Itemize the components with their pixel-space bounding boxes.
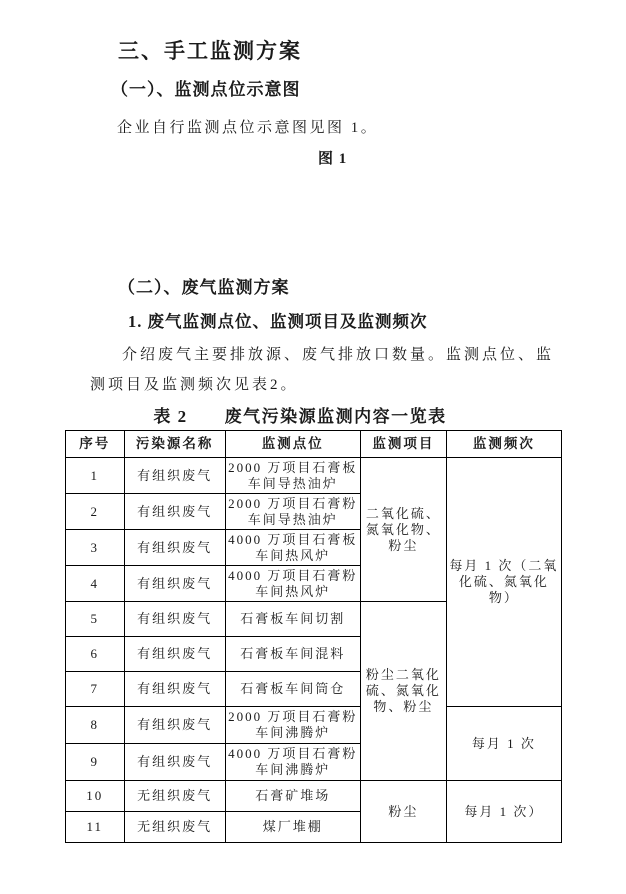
- cell-frequency-merged: 每月 1 次（二氧 化硫、氮氧化物）: [446, 458, 561, 707]
- section1-paragraph: 企业自行监测点位示意图见图 1。: [117, 118, 626, 138]
- cell-no: 8: [66, 707, 125, 744]
- cell-source: 有组织废气: [124, 494, 225, 530]
- cell-source: 无组织废气: [124, 812, 225, 843]
- cell-frequency-merged: 每月 1 次）: [446, 781, 561, 843]
- col-header-item: 监测项目: [360, 431, 446, 458]
- cell-source: 无组织废气: [124, 781, 225, 812]
- cell-source: 有组织废气: [124, 566, 225, 602]
- cell-source: 有组织废气: [124, 672, 225, 707]
- figure1-placeholder: [0, 169, 626, 277]
- table-row: 8 有组织废气 2000 万项目石膏粉 车间沸腾炉 每月 1 次: [66, 707, 562, 744]
- cell-point: 2000 万项目石膏板 车间导热油炉: [225, 458, 360, 494]
- table-row: 10 无组织废气 石膏矿堆场 粉尘 每月 1 次）: [66, 781, 562, 812]
- cell-no: 10: [66, 781, 125, 812]
- cell-no: 11: [66, 812, 125, 843]
- table-row: 1 有组织废气 2000 万项目石膏板 车间导热油炉 二氧化硫、 氮氧化物、 粉…: [66, 458, 562, 494]
- cell-point: 4000 万项目石膏粉 车间沸腾炉: [225, 744, 360, 781]
- cell-source: 有组织废气: [124, 458, 225, 494]
- cell-frequency-merged: 每月 1 次: [446, 707, 561, 781]
- cell-item-merged: 粉尘二氧化 硫、氮氧化 物、粉尘: [360, 602, 446, 781]
- cell-item-merged: 二氧化硫、 氮氧化物、 粉尘: [360, 458, 446, 602]
- cell-source: 有组织废气: [124, 744, 225, 781]
- section2-paragraph: 介绍废气主要排放源、废气排放口数量。监测点位、监 测项目及监测频次见表2。: [90, 340, 568, 400]
- cell-no: 5: [66, 602, 125, 637]
- cell-point: 4000 万项目石膏粉 车间热风炉: [225, 566, 360, 602]
- col-header-point: 监测点位: [225, 431, 360, 458]
- cell-point: 4000 万项目石膏板 车间热风炉: [225, 530, 360, 566]
- figure1-caption: 图 1: [318, 149, 626, 169]
- section2-heading: （二）、废气监测方案: [118, 277, 626, 299]
- cell-no: 3: [66, 530, 125, 566]
- section2-subheading: 1. 废气监测点位、监测项目及监测频次: [128, 311, 626, 332]
- cell-point: 石膏板车间筒仓: [225, 672, 360, 707]
- cell-no: 4: [66, 566, 125, 602]
- document-title: 三、手工监测方案: [118, 38, 626, 65]
- monitoring-table: 序号 污染源名称 监测点位 监测项目 监测频次 1 有组织废气 2000 万项目…: [65, 430, 562, 843]
- cell-no: 1: [66, 458, 125, 494]
- cell-source: 有组织废气: [124, 637, 225, 672]
- cell-no: 2: [66, 494, 125, 530]
- cell-item-merged: 粉尘: [360, 781, 446, 843]
- cell-no: 9: [66, 744, 125, 781]
- table2-caption: 表 2 废气污染源监测内容一览表: [0, 406, 626, 428]
- cell-point: 2000 万项目石膏粉 车间沸腾炉: [225, 707, 360, 744]
- cell-source: 有组织废气: [124, 602, 225, 637]
- cell-point: 石膏板车间混料: [225, 637, 360, 672]
- cell-point: 石膏矿堆场: [225, 781, 360, 812]
- table-header-row: 序号 污染源名称 监测点位 监测项目 监测频次: [66, 431, 562, 458]
- col-header-source: 污染源名称: [124, 431, 225, 458]
- col-header-no: 序号: [66, 431, 125, 458]
- cell-no: 6: [66, 637, 125, 672]
- cell-point: 2000 万项目石膏粉 车间导热油炉: [225, 494, 360, 530]
- section1-heading: （一）、监测点位示意图: [111, 79, 626, 101]
- cell-no: 7: [66, 672, 125, 707]
- cell-point: 煤厂堆棚: [225, 812, 360, 843]
- col-header-frequency: 监测频次: [446, 431, 561, 458]
- cell-source: 有组织废气: [124, 530, 225, 566]
- cell-point: 石膏板车间切割: [225, 602, 360, 637]
- cell-source: 有组织废气: [124, 707, 225, 744]
- document-page: 三、手工监测方案 （一）、监测点位示意图 企业自行监测点位示意图见图 1。 图 …: [0, 0, 626, 894]
